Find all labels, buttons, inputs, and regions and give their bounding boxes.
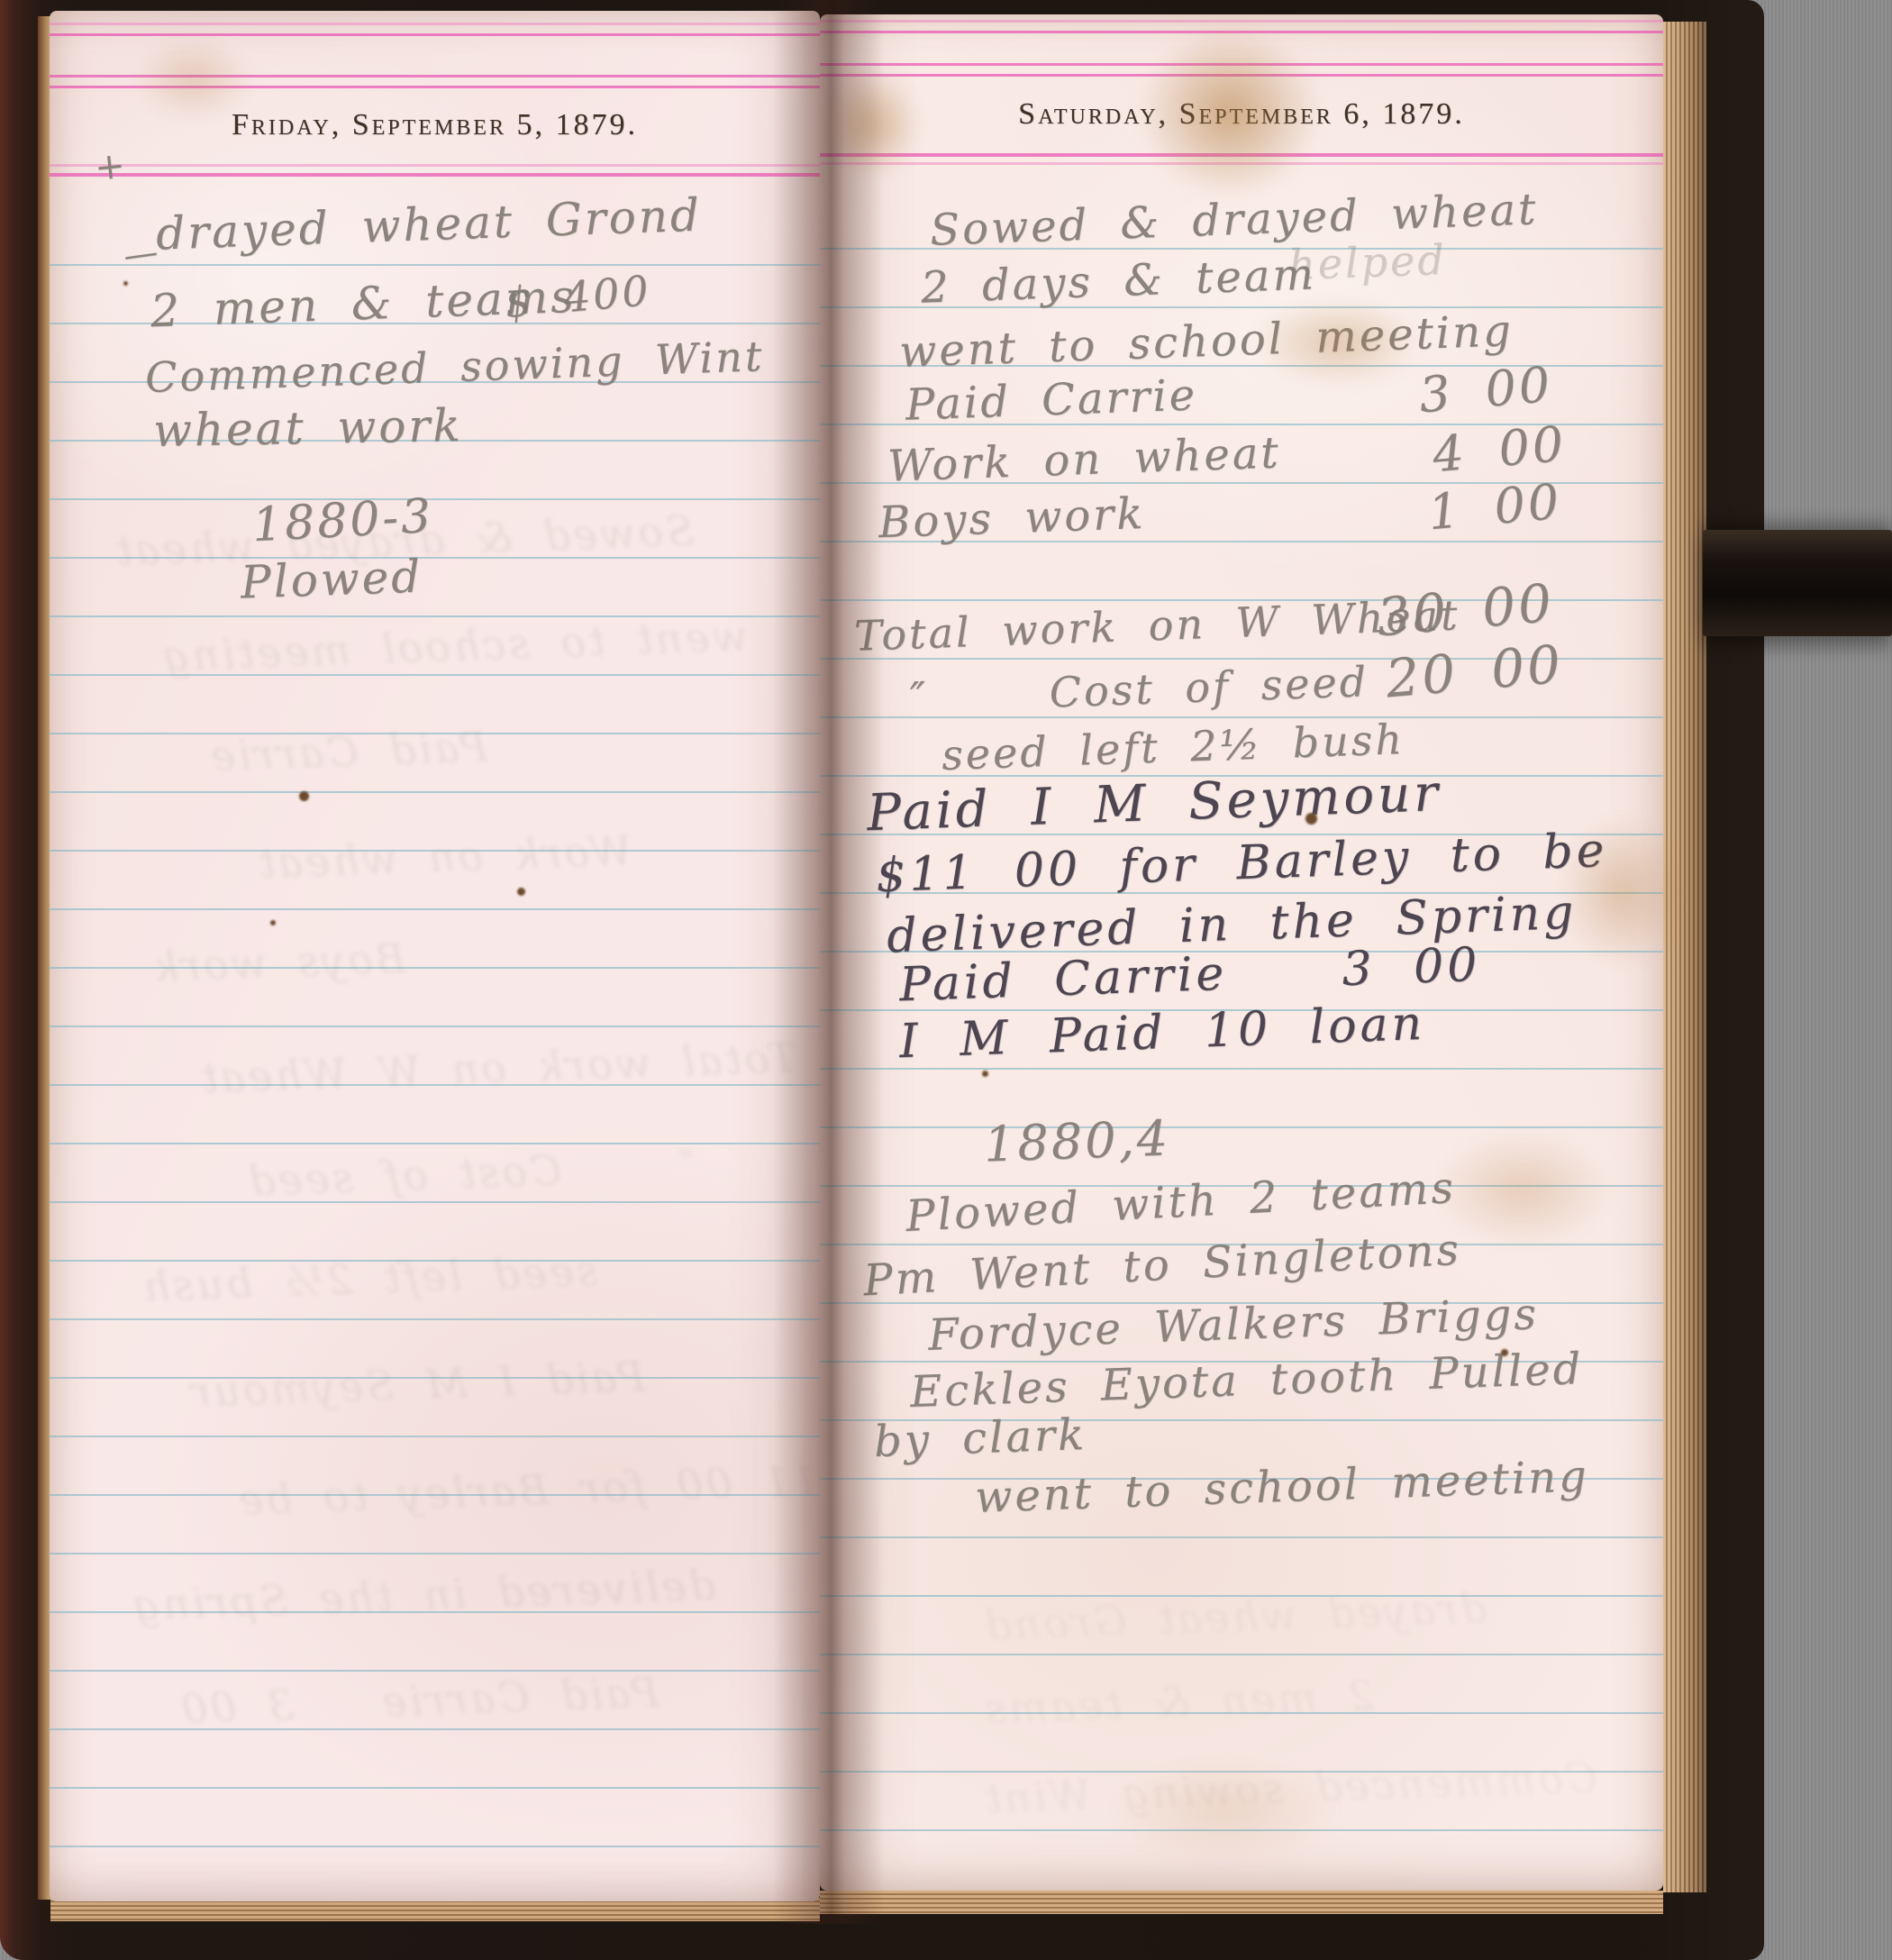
bleed-through-ghost: Paid I M Seymour [187,1355,646,1413]
handwritten-line: drayed wheat Grond [155,192,702,256]
bleed-through-ghost: 2 men & teams [981,1674,1375,1729]
handwritten-line: Total work on W Wheat [853,594,1460,656]
handwritten-line: Plowed [240,553,423,605]
bleed-through-ghost: $11 00 for Barley to be [235,1458,848,1521]
handwritten-line: 1 00 [1426,478,1563,538]
ink-spot [270,920,276,925]
ink-spot [299,791,309,801]
handwriting-layer-left: +—drayed wheat Grond2 men & teamsCommenc… [50,11,820,1901]
handwriting-layer-right: Sowed & drayed wheat2 days & teamhelpedw… [820,14,1663,1891]
ink-spot [982,1071,988,1077]
handwritten-line: Plowed with 2 teams [905,1166,1457,1238]
ink-spot [123,281,128,286]
handwritten-line: went to school meeting [974,1454,1589,1519]
handwritten-line: Paid Carrie [905,373,1198,426]
handwritten-line: by clark [873,1413,1087,1463]
bleed-through-ghost: drayed wheat Grond [981,1587,1487,1646]
handwritten-line: 2 days & team [920,252,1316,309]
handwritten-line: 3 00 [1417,360,1554,421]
handwritten-line: Commenced sowing Wint [144,335,765,398]
stain [135,36,252,122]
ink-spot [1305,813,1317,825]
stain [822,70,921,178]
stain [1140,27,1320,198]
right-page-bottom-edge [820,1891,1663,1914]
stain [1559,816,1685,969]
bleed-through-ghost: seed left 2½ bush [140,1250,598,1308]
handwritten-line: 20 00 [1384,638,1565,706]
bleed-through-ghost: delivered in the Spring [130,1564,715,1627]
stain [1433,1131,1613,1248]
book-closure-strap [1703,530,1892,636]
handwritten-line: Paid I M Seymour [866,769,1442,839]
bleed-through-ghost: Work on wheat [255,830,632,885]
handwritten-line: 4 00 [1431,420,1568,480]
bleed-through-ghost: Total work on W Wheat [197,1036,797,1099]
handwritten-line: I M Paid 10 loan [898,1000,1426,1065]
bleed-through-ghost: ″ Cost of seed [245,1144,694,1201]
bleed-through-ghost: Boys work [150,937,406,988]
bleed-through-ghost: Paid Carrie [207,726,488,778]
handwritten-line: Work on wheat [887,431,1281,488]
handwritten-line: helped [1287,239,1447,286]
stain [1108,1757,1342,1865]
handwritten-line: 1880,4 [983,1114,1171,1169]
stain [1252,297,1424,387]
bleed-through-ghost: Paid Carrie 3 00 [177,1672,659,1730]
diary-page-left: Friday, September 5, 1879. +—drayed whea… [50,11,820,1901]
handwritten-line: $ 400 [503,269,652,324]
handwritten-line: Boys work [878,492,1146,544]
bleed-through-ghost: went to school meeting [159,615,748,678]
handwritten-line: wheat work [153,403,463,453]
ink-spot [1501,1349,1508,1356]
diary-page-right: Saturday, September 6, 1879. Sowed & dra… [820,14,1663,1891]
handwritten-line: + [93,147,129,187]
handwritten-line: 30 00 [1375,577,1556,644]
ink-spot [517,888,525,896]
handwritten-line: ″ Cost of seed [909,661,1369,718]
handwritten-line: Fordyce Walkers Briggs [927,1292,1539,1357]
handwritten-line: 1880-3 [251,493,434,549]
right-page-edge-stack [1663,22,1706,1892]
scanned-diary-spread: Friday, September 5, 1879. +—drayed whea… [0,0,1892,1960]
